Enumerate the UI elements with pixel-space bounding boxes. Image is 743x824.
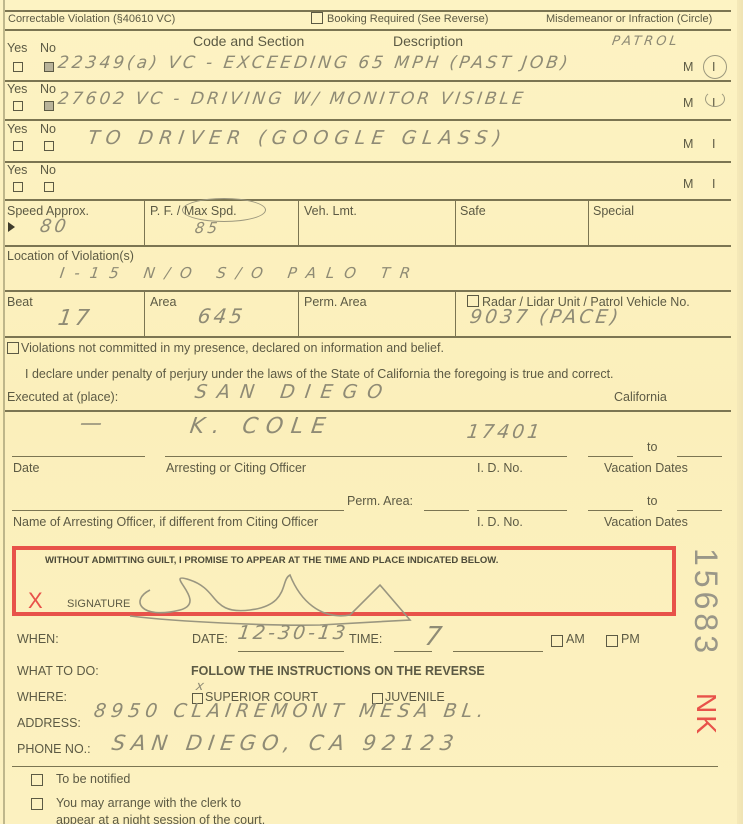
to-be-notified-label: To be notified <box>56 772 130 786</box>
time-line-2 <box>453 651 543 652</box>
where-label: WHERE: <box>17 690 67 704</box>
pm-label: PM <box>621 632 640 646</box>
yes-label: Yes <box>7 82 27 96</box>
no-label: No <box>40 163 56 177</box>
divider <box>5 410 731 412</box>
yes-label: Yes <box>7 41 27 55</box>
divider <box>144 290 145 336</box>
misdemeanor-option[interactable]: M <box>683 177 693 191</box>
misdemeanor-option[interactable]: M <box>683 137 693 151</box>
night-session-label: You may arrange with the clerk to <box>56 796 241 810</box>
code-and-section-header: Code and Section <box>193 33 304 49</box>
vacation-to-line-2 <box>677 510 722 511</box>
am-label: AM <box>566 632 585 646</box>
officer-label: Arresting or Citing Officer <box>166 461 306 475</box>
violation-1-handwriting: 22349(a) VC - EXCEEDING 65 MPH (PAST JOB… <box>57 53 572 73</box>
date-line <box>12 456 145 457</box>
area-value[interactable]: 645 <box>196 304 247 328</box>
divider <box>5 29 731 31</box>
yes-checkbox[interactable] <box>13 62 23 72</box>
divider <box>5 336 731 338</box>
divider <box>298 290 299 336</box>
divider <box>298 199 299 245</box>
safe-label: Safe <box>460 204 486 218</box>
infraction-option[interactable]: I <box>712 137 715 151</box>
booking-required-label: Booking Required (See Reverse) <box>327 13 488 25</box>
vacation-dates-label: Vacation Dates <box>604 461 688 475</box>
date-value[interactable]: — <box>78 411 107 436</box>
appearance-date-value[interactable]: 12-30-13 <box>236 622 349 644</box>
perjury-statement: I declare under penalty of perjury under… <box>25 367 614 381</box>
divider <box>455 290 456 336</box>
area-label: Area <box>150 295 176 309</box>
not-in-presence-label: Violations not committed in my presence,… <box>21 341 444 355</box>
divider <box>5 10 731 12</box>
booking-required-checkbox[interactable] <box>311 12 323 24</box>
divider <box>5 80 731 82</box>
divider <box>5 161 731 163</box>
vacation-from-line <box>588 456 633 457</box>
no-label: No <box>40 41 56 55</box>
signature-scribble-icon <box>120 560 460 630</box>
vacation-from-line-2 <box>588 510 633 511</box>
infraction-circled-mark <box>705 91 725 107</box>
what-to-do-label: WHAT TO DO: <box>17 664 99 678</box>
divider <box>588 199 589 245</box>
description-header: Description <box>393 33 463 49</box>
divider <box>144 199 145 245</box>
correctable-violation-label: Correctable Violation (§40610 VC) <box>8 13 175 25</box>
appearance-time-value[interactable]: 7 <box>423 622 447 652</box>
date-line <box>238 651 344 652</box>
to-label: to <box>647 440 657 454</box>
what-to-do-value: FOLLOW THE INSTRUCTIONS ON THE REVERSE <box>191 664 485 678</box>
when-label: WHEN: <box>17 632 59 646</box>
no-checkbox[interactable] <box>44 182 54 192</box>
misdemeanor-option[interactable]: M <box>683 96 693 110</box>
id-label-2: I. D. No. <box>477 515 523 529</box>
citing-officer-value[interactable]: K. COLE <box>188 414 335 439</box>
pf-max-spd-value[interactable]: 85 <box>194 219 222 237</box>
time-line-1 <box>394 651 432 652</box>
id-line-2 <box>477 510 567 511</box>
infraction-option[interactable]: I <box>712 177 715 191</box>
right-paper-edge <box>737 0 743 824</box>
radar-value[interactable]: 9037 (PACE) <box>468 306 622 328</box>
to-be-notified-checkbox[interactable] <box>31 774 43 786</box>
vacation-to-line <box>677 456 722 457</box>
vacation-dates-label-2: Vacation Dates <box>604 515 688 529</box>
id-label: I. D. No. <box>477 461 523 475</box>
time-label: TIME: <box>349 632 382 646</box>
special-label: Special <box>593 204 634 218</box>
no-checkbox[interactable] <box>44 62 54 72</box>
yes-label: Yes <box>7 122 27 136</box>
yes-checkbox[interactable] <box>13 141 23 151</box>
executed-at-label: Executed at (place): <box>7 390 118 404</box>
violation-3-handwriting: TO DRIVER (GOOGLE GLASS) <box>86 127 508 149</box>
alt-officer-line <box>12 510 344 511</box>
divider <box>455 199 456 245</box>
serial-number: 15683 <box>684 548 724 657</box>
am-checkbox[interactable] <box>551 635 563 647</box>
yes-label: Yes <box>7 163 27 177</box>
perm-area-label-2: Perm. Area: <box>347 494 413 508</box>
perm-area-line <box>424 510 469 511</box>
executed-at-value[interactable]: SAN DIEGO <box>193 381 393 403</box>
divider <box>12 766 718 767</box>
veh-lmt-label: Veh. Lmt. <box>304 204 357 218</box>
left-margin-rule <box>3 0 5 824</box>
yes-checkbox[interactable] <box>13 182 23 192</box>
speed-approx-value[interactable]: 80 <box>39 216 71 237</box>
infraction-circled-mark <box>703 55 727 79</box>
violation-2-handwriting: 27602 VC - DRIVING W/ MONITOR VISIBLE <box>57 89 528 109</box>
no-checkbox[interactable] <box>44 141 54 151</box>
divider <box>5 290 731 292</box>
yes-checkbox[interactable] <box>13 101 23 111</box>
officer-line <box>165 456 567 457</box>
night-session-checkbox[interactable] <box>31 798 43 810</box>
state-label: California <box>614 390 667 404</box>
night-session-label-2: appear at a night session of the court. <box>56 813 265 824</box>
no-label: No <box>40 122 56 136</box>
x-mark: X <box>28 588 43 614</box>
beat-value[interactable]: 17 <box>56 306 94 331</box>
phone-value[interactable]: SAN DIEGO, CA 92123 <box>110 731 461 755</box>
divider <box>5 199 731 201</box>
misdemeanor-option[interactable]: M <box>683 60 693 74</box>
date-label: DATE: <box>192 632 228 646</box>
not-in-presence-checkbox[interactable] <box>7 342 19 354</box>
phone-label: PHONE NO.: <box>17 742 91 756</box>
divider <box>5 119 731 121</box>
beat-label: Beat <box>7 295 33 309</box>
violation-1-note: PATROL <box>611 34 681 49</box>
officer-id-value[interactable]: 17401 <box>465 421 544 443</box>
citation-form: Correctable Violation (§40610 VC) Bookin… <box>0 0 743 824</box>
pm-checkbox[interactable] <box>606 635 618 647</box>
divider <box>5 245 731 247</box>
date-label: Date <box>13 461 39 475</box>
no-checkbox[interactable] <box>44 101 54 111</box>
serial-suffix: NK <box>690 693 722 736</box>
to-label-2: to <box>647 494 657 508</box>
arrow-marker-icon <box>8 222 15 232</box>
misdemeanor-infraction-label: Misdemeanor or Infraction (Circle) <box>546 13 712 25</box>
circled-max-spd-mark <box>182 198 266 222</box>
location-value[interactable]: I-15 N/O S/O PALO TR <box>59 264 422 282</box>
location-label: Location of Violation(s) <box>7 249 134 263</box>
address-label: ADDRESS: <box>17 716 81 730</box>
no-label: No <box>40 82 56 96</box>
address-value[interactable]: 8950 CLAIREMONT MESA BL. <box>92 700 490 722</box>
alt-officer-label: Name of Arresting Officer, if different … <box>13 515 318 529</box>
perm-area-label: Perm. Area <box>304 295 367 309</box>
